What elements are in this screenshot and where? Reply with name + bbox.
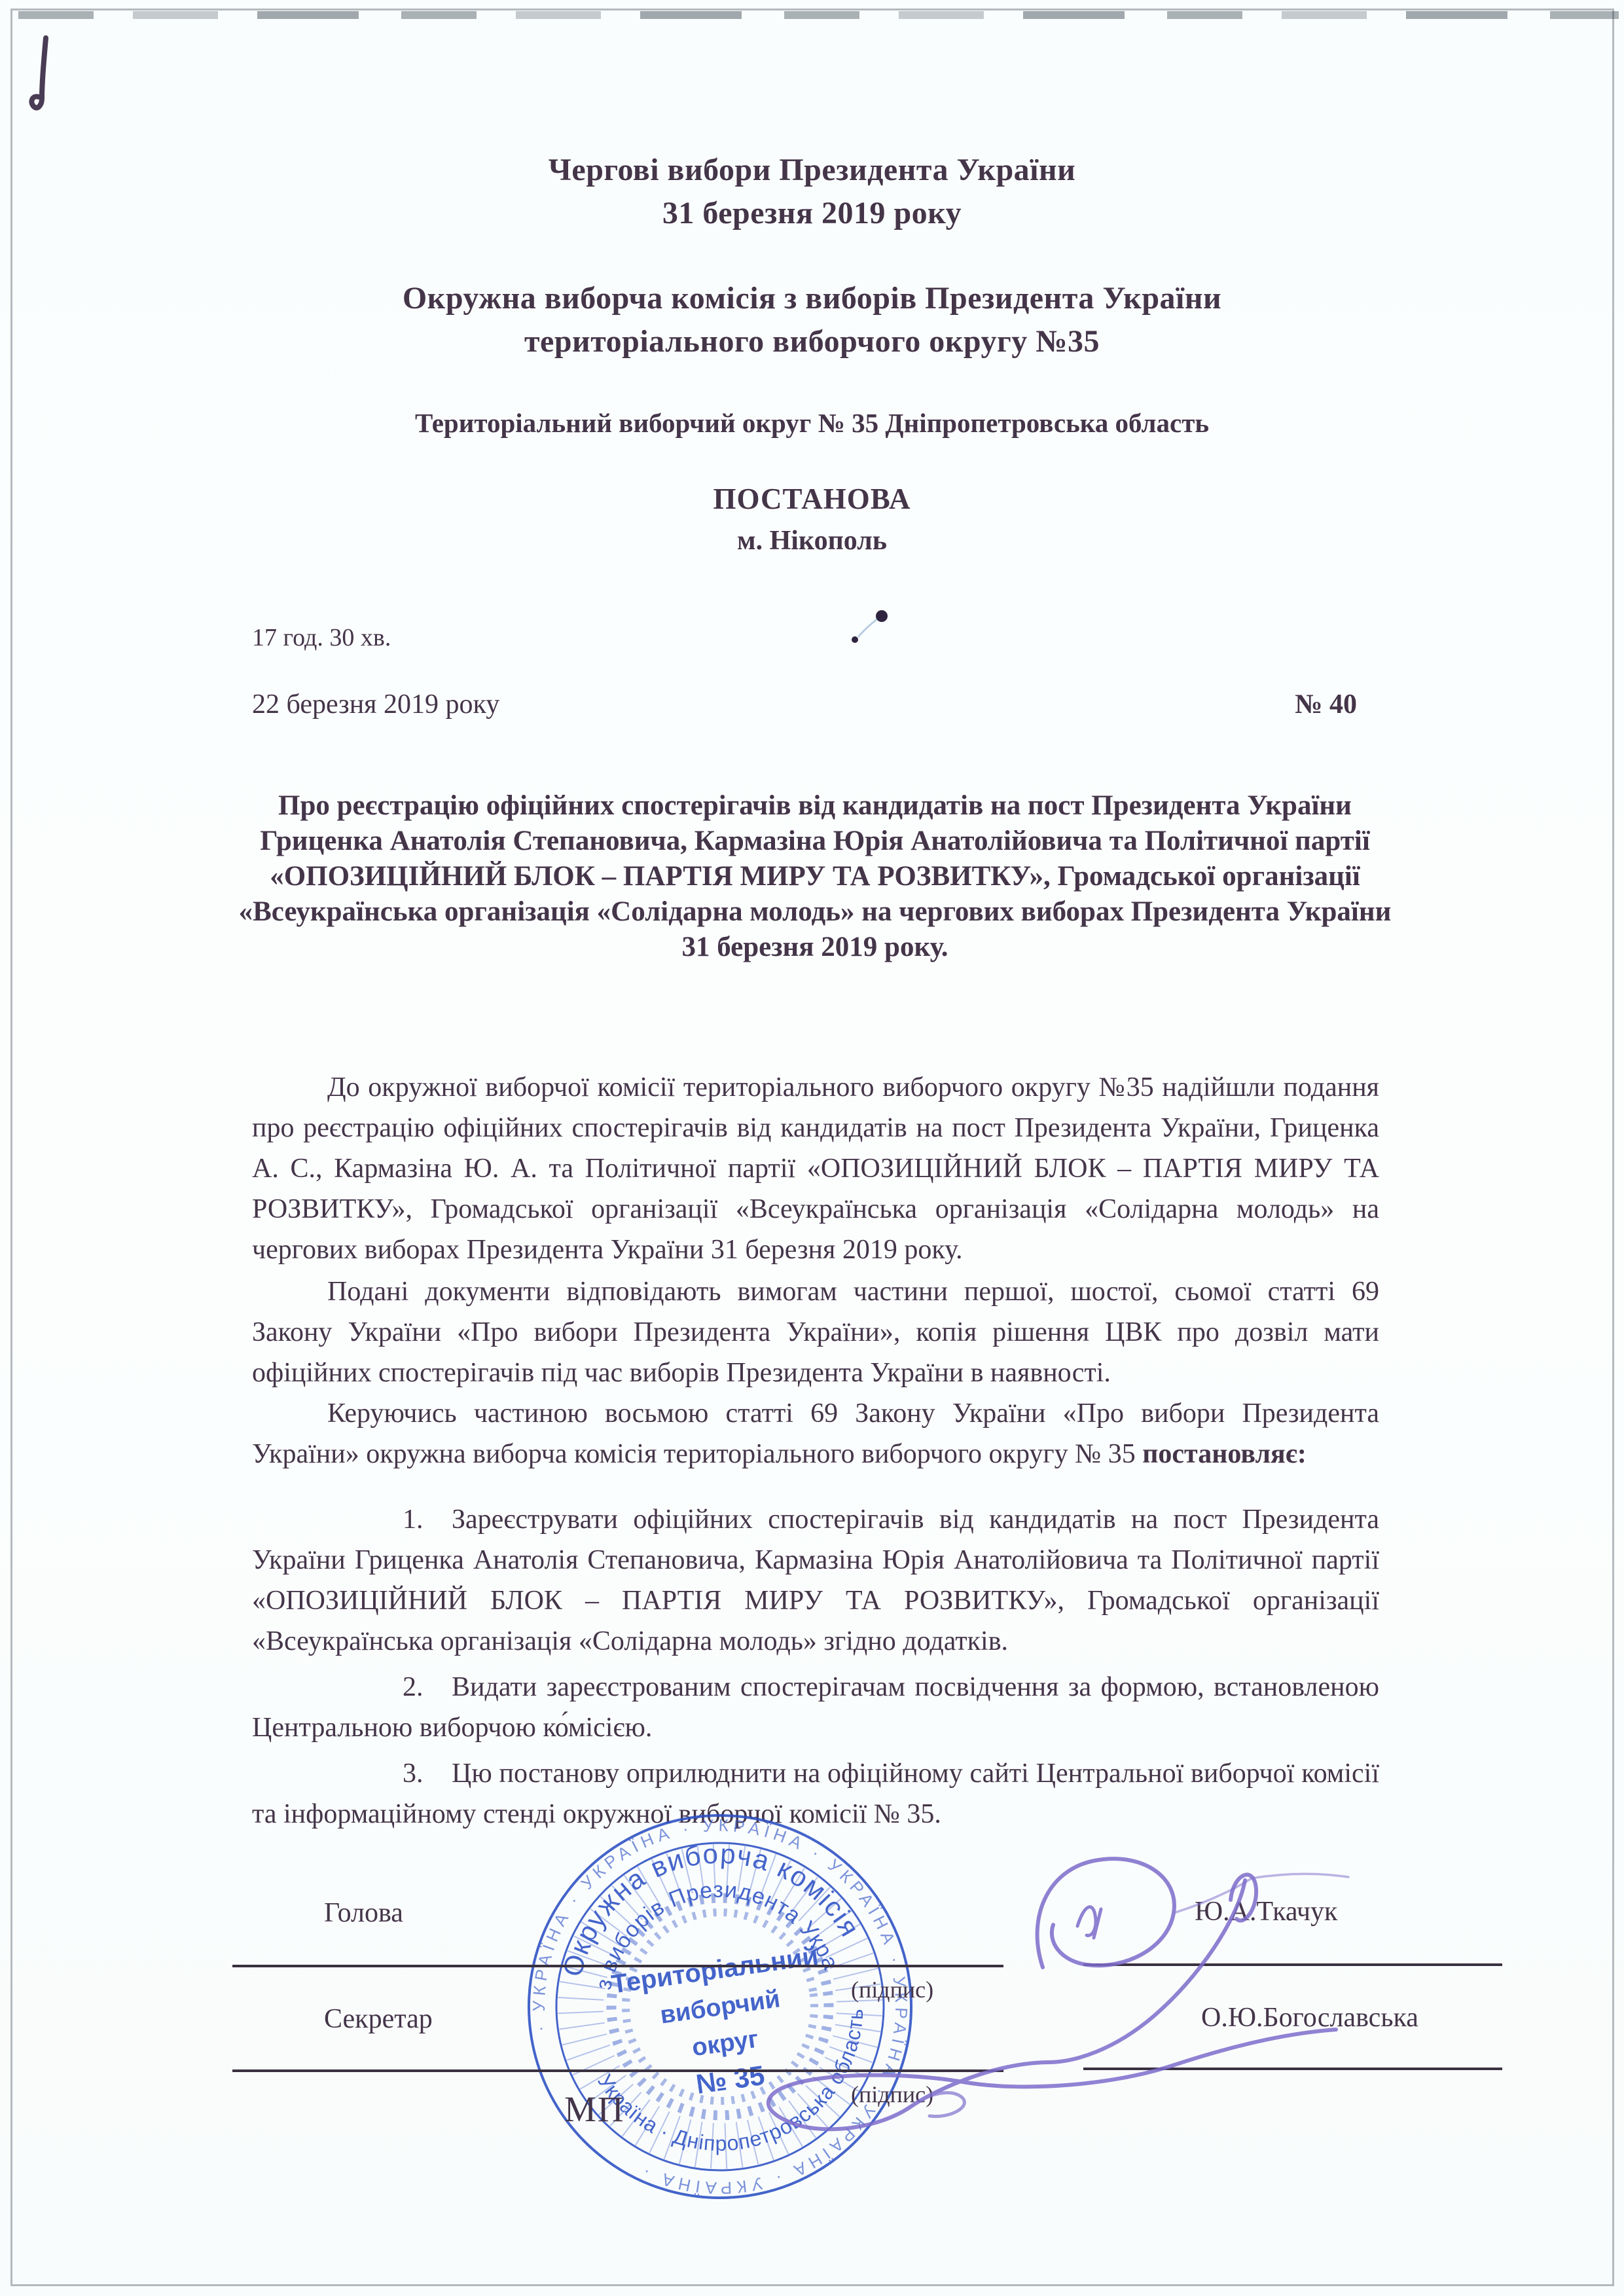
signature-ink-sekretar	[768, 1874, 1336, 2129]
handwritten-signatures	[0, 0, 1624, 2296]
scanned-document-page: Чергові вибори Президента України 31 бер…	[0, 0, 1624, 2296]
signature-ink-golova	[1038, 1859, 1348, 1967]
